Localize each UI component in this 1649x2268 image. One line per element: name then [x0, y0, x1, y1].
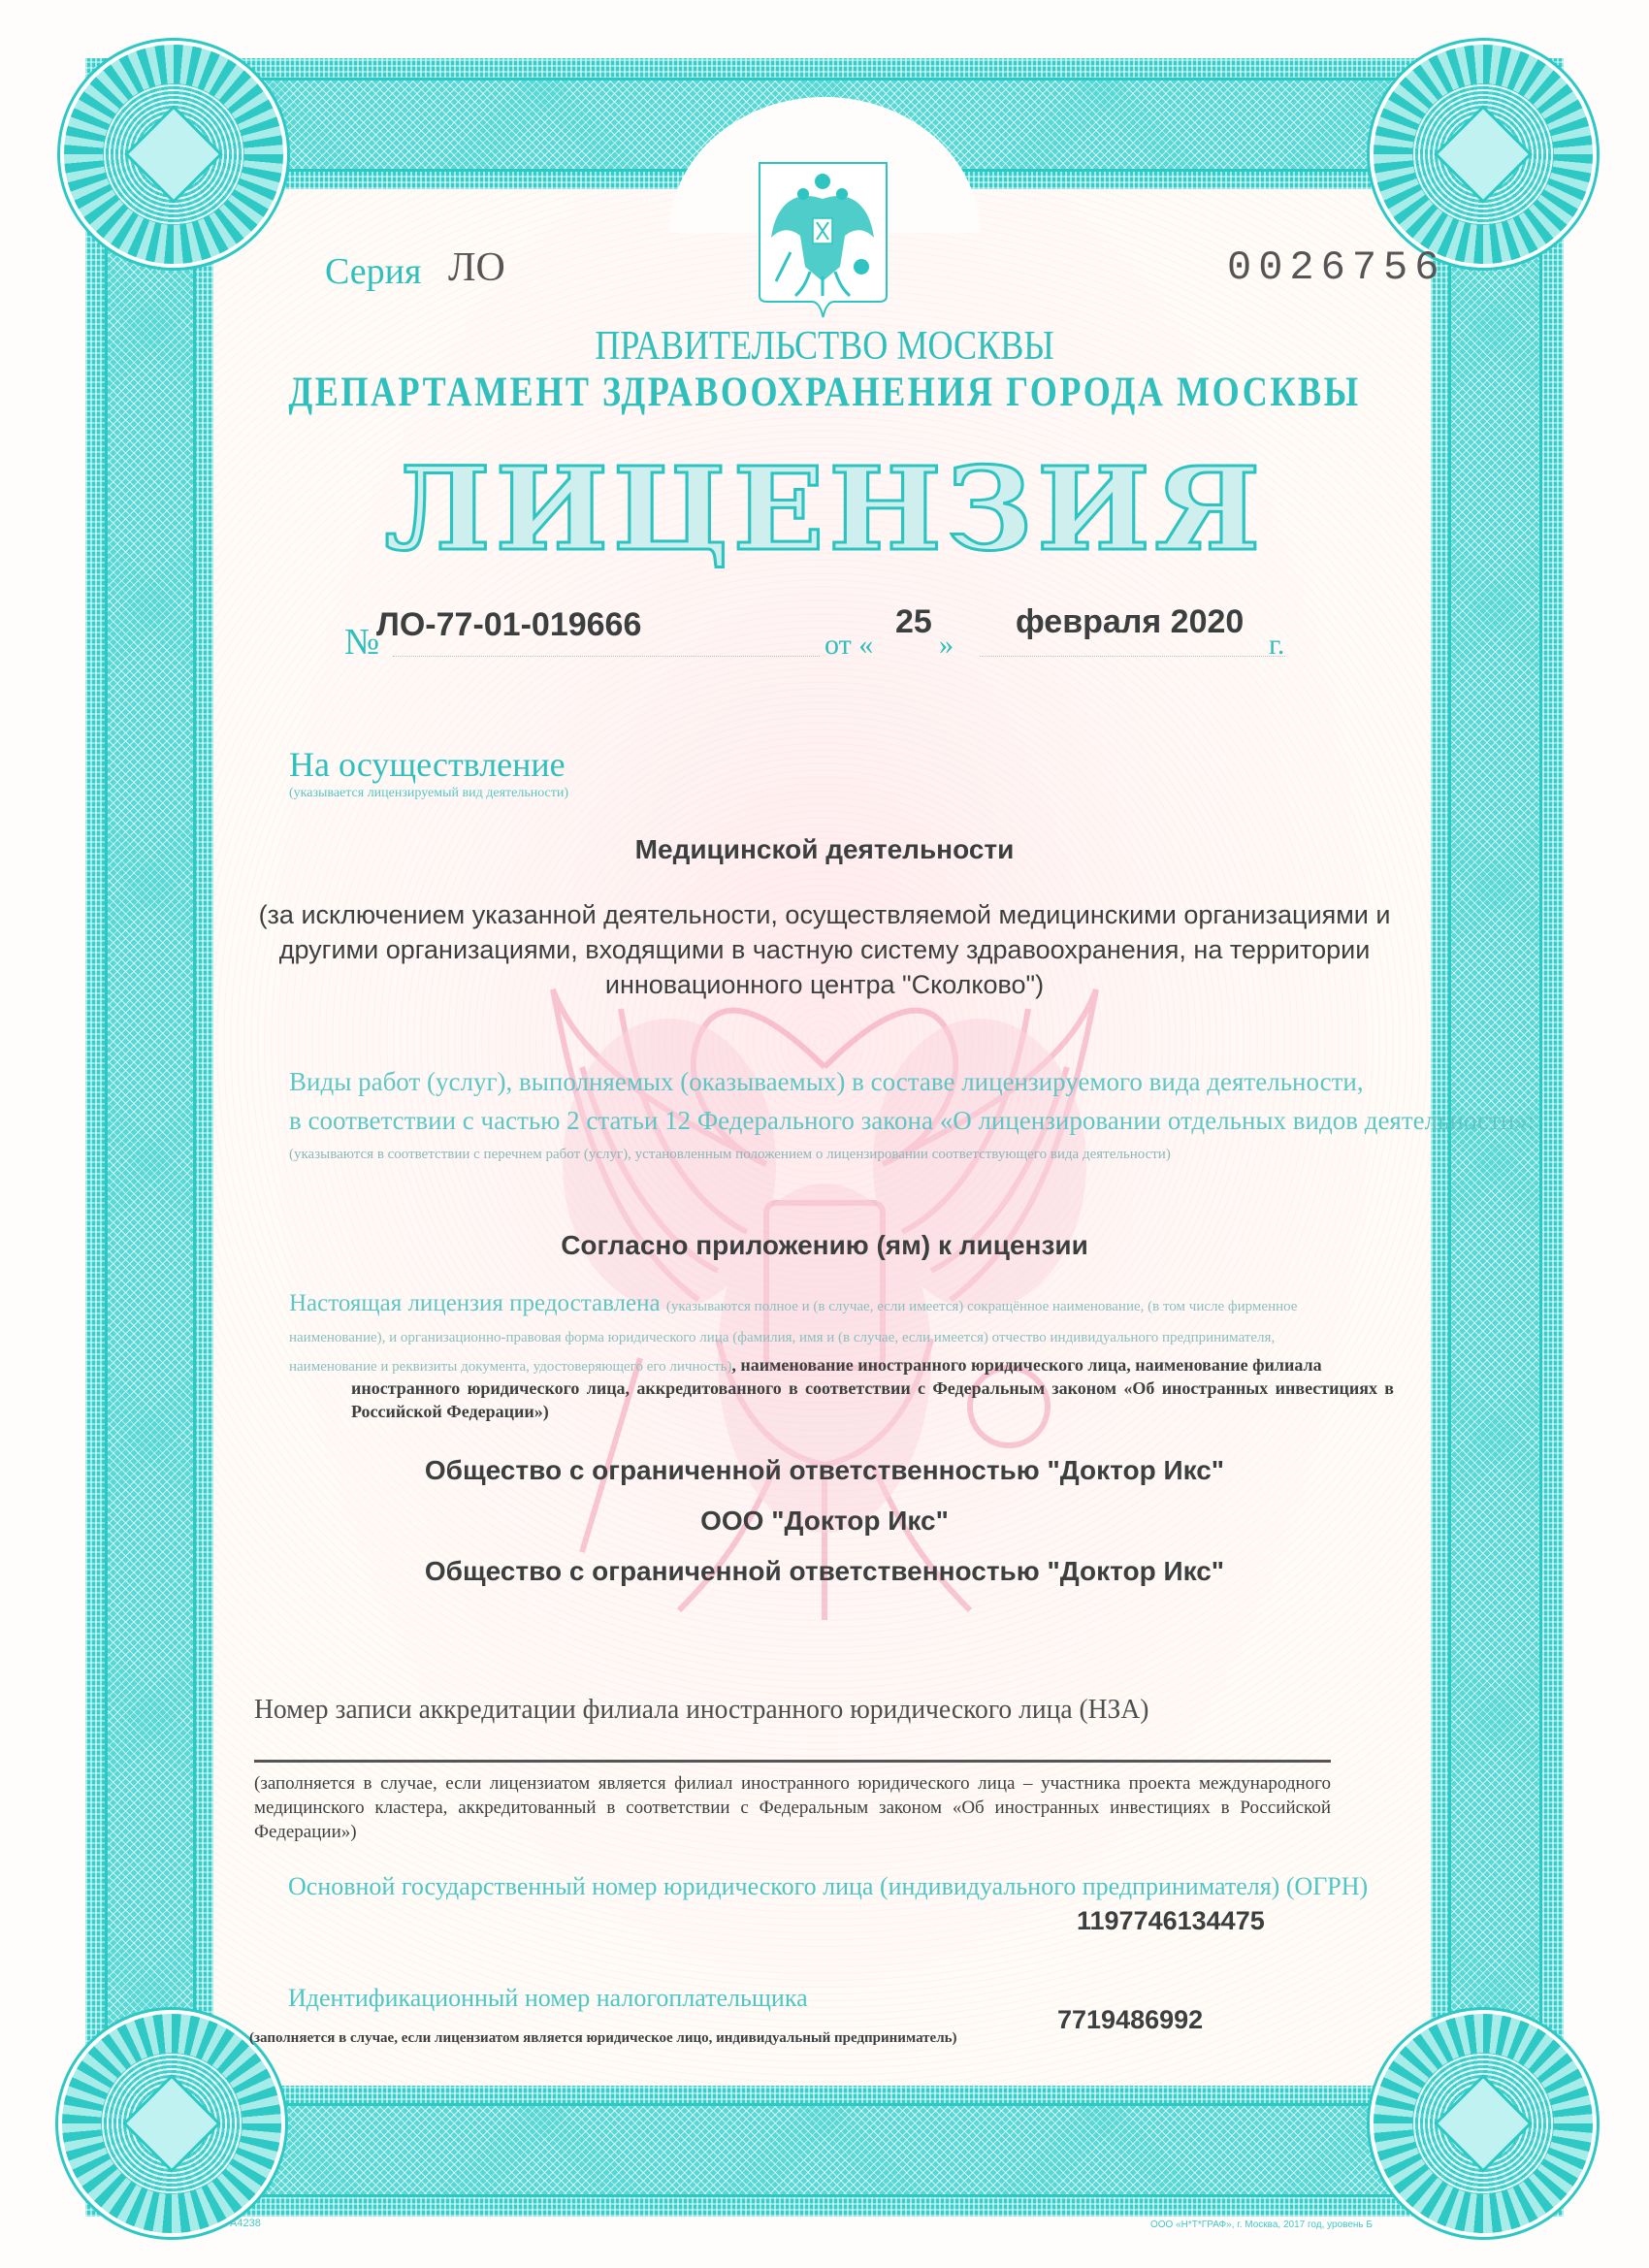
licensee-hint-3: наименование и реквизиты документа, удос… [289, 1359, 731, 1375]
license-number: ЛО-77-01-019666 [376, 606, 641, 644]
license-page: Серия ЛО 0026756 ПРАВИТЕЛЬСТВО МОСКВЫ ДЕ… [0, 0, 1649, 2268]
ogrn-value: 1197746134475 [1077, 1906, 1265, 1936]
date-underline [980, 656, 1285, 657]
coat-of-arms-icon [757, 160, 889, 320]
licensee-foreign-note-2: иностранного юридического лица, аккредит… [351, 1377, 1394, 1423]
nza-hint: (заполняется в случае, если лицензиатом … [254, 1771, 1331, 1844]
rosette-icon [1370, 41, 1597, 268]
licensee-hint-3-row: наименование и реквизиты документа, удос… [289, 1355, 1322, 1376]
licensee-intro: Настоящая лицензия предоставлена (указыв… [289, 1290, 1297, 1317]
printer-imprint: ООО «Н*Т*ГРАФ», г. Москва, 2017 год, уро… [1150, 2219, 1373, 2230]
inn-value: 7719486992 [1057, 2005, 1203, 2035]
license-day: 25 [895, 603, 932, 641]
issuer-department: ДЕПАРТАМЕНТ ЗДРАВООХРАНЕНИЯ ГОРОДА МОСКВ… [132, 369, 1517, 416]
number-underline [393, 656, 820, 657]
works-hint: (указываются в соответствии с перечнем р… [289, 1147, 1171, 1163]
licensee-hint-2: наименование), и организационно-правовая… [289, 1330, 1275, 1346]
licensee-short-name: ООО "Доктор Икс" [0, 1506, 1649, 1537]
serial-number: 0026756 [1227, 244, 1445, 291]
inn-hint: (заполняется в случае, если лицензиатом … [249, 2030, 957, 2047]
document-title: ЛИЦЕНЗИЯ [0, 441, 1649, 576]
works-label-line1: Виды работ (услуг), выполняемых (оказыва… [289, 1067, 1364, 1097]
licensee-full-name: Общество с ограниченной ответственностью… [0, 1455, 1649, 1486]
date-prefix: от « [824, 629, 873, 662]
border-bottom [85, 2086, 1564, 2217]
series-value: ЛО [448, 244, 505, 291]
licensee-hint-1: (указываются полное и (в случае, если им… [666, 1299, 1298, 1314]
rosette-icon [60, 41, 287, 268]
series-label: Серия [325, 250, 422, 293]
activity-hint: (указывается лицензируемый вид деятельно… [289, 786, 568, 801]
date-quote-close: » [939, 629, 954, 662]
issuer-government: ПРАВИТЕЛЬСТВО МОСКВЫ [115, 323, 1534, 370]
rosette-icon [1370, 2010, 1597, 2237]
activity-label: На осуществление [289, 744, 566, 785]
license-month-year: февраля 2020 [1016, 603, 1244, 641]
number-sign: № [344, 621, 379, 664]
ogrn-label: Основной государственный номер юридическ… [288, 1872, 1368, 1901]
form-code: А4238 [230, 2218, 261, 2229]
activity-value: Медицинской деятельности [0, 834, 1649, 865]
works-label-line2: в соответствии с частью 2 статьи 12 Феде… [289, 1106, 1535, 1136]
licensee-brand-name: Общество с ограниченной ответственностью… [0, 1556, 1649, 1587]
works-value: Согласно приложению (ям) к лицензии [0, 1230, 1649, 1261]
date-suffix: г. [1269, 629, 1284, 662]
inn-label: Идентификационный номер налогоплательщик… [288, 1984, 808, 2013]
nza-underline [254, 1760, 1331, 1763]
nza-label: Номер записи аккредитации филиала иностр… [254, 1694, 1148, 1726]
activity-exception: (за исключением указанной деятельности, … [233, 897, 1416, 1002]
licensee-foreign-note-1: , наименование иностранного юридического… [731, 1355, 1321, 1375]
licensee-intro-label: Настоящая лицензия предоставлена [289, 1290, 661, 1316]
